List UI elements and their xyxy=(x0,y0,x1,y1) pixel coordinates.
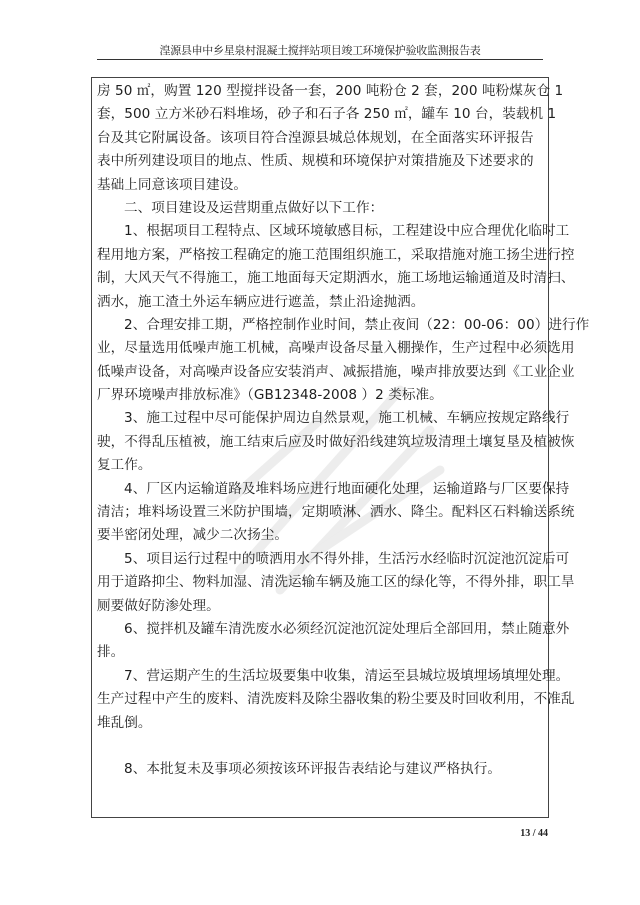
text-line: 要半密闭处理，减少二次扬尘。 xyxy=(97,524,545,547)
list-item-4-start: 4、厂区内运输道路及堆料场应进行地面硬化处理，运输道路与厂区要保持 xyxy=(97,478,545,501)
text-line: 用于道路抑尘、物料加湿、清洗运输车辆及施工区的绿化等，不得外排，职工旱 xyxy=(97,571,545,594)
list-item-6-start: 6、搅拌机及罐车清洗废水必须经沉淀池沉淀处理后全部回用，禁止随意外 xyxy=(97,618,545,641)
text-line: 业，尽量选用低噪声施工机械，高噪声设备尽量入棚操作，生产过程中必须选用 xyxy=(97,337,545,360)
text-line: 低噪声设备，对高噪声设备应安装消声、减振措施，噪声排放要达到《工业企业 xyxy=(97,361,545,384)
text-line: 生产过程中产生的废料、清洗废料及除尘器收集的粉尘要及时回收利用，不准乱 xyxy=(97,688,545,711)
text-line: 程用地方案，严格按工程确定的施工范围组织施工，采取措施对施工扬尘进行控 xyxy=(97,244,545,267)
text-line: 制，大风天气不得施工，施工地面每天定期洒水，施工场地运输通道及时清扫、 xyxy=(97,267,545,290)
text-line: 堆乱倒。 xyxy=(97,712,545,735)
list-item-8: 8、本批复未及事项必须按该环评报告表结论与建议严格执行。 xyxy=(97,758,545,781)
header-divider xyxy=(97,59,543,60)
text-line: 基础上同意该项目建设。 xyxy=(97,174,545,197)
list-item-3-start: 3、施工过程中尽可能保护周边自然景观，施工机械、车辆应按规定路线行 xyxy=(97,407,545,430)
list-item-1-start: 1、根据项目工程特点、区域环境敏感目标，工程建设中应合理优化临时工 xyxy=(97,220,545,243)
text-line: 洒水，施工渣土外运车辆应进行遮盖，禁止沿途抛洒。 xyxy=(97,291,545,314)
page-number: 13 / 44 xyxy=(508,828,548,839)
text-line: 排。 xyxy=(97,641,545,664)
text-line: 厂界环境噪声排放标准》（GB12348-2008 ）2 类标准。 xyxy=(97,384,545,407)
list-item-7-start: 7、营运期产生的生活垃圾要集中收集，清运至县城垃圾填埋场填埋处理。 xyxy=(97,665,545,688)
list-item-2-start: 2、合理安排工期，严格控制作业时间，禁止夜间（22：00-06：00）进行作 xyxy=(97,314,545,337)
page-header-title: 湟源县申中乡星泉村混凝土搅拌站项目竣工环境保护验收监测报告表 xyxy=(97,44,543,59)
text-line: 驶，不得乱压植被，施工结束后应及时做好沿线建筑垃圾清理土壤复垦及植被恢 xyxy=(97,431,545,454)
body-text: 房 50 ㎡，购置 120 型搅拌设备一套，200 吨粉仓 2 套，200 吨粉… xyxy=(97,80,545,782)
text-line: 房 50 ㎡，购置 120 型搅拌设备一套，200 吨粉仓 2 套，200 吨粉… xyxy=(97,80,545,103)
text-line: 表中所列建设项目的地点、性质、规模和环境保护对策措施及下述要求的 xyxy=(97,150,545,173)
text-line: 复工作。 xyxy=(97,454,545,477)
text-line: 套，500 立方米砂石料堆场，砂子和石子各 250 ㎡，罐车 10 台，装载机 … xyxy=(97,103,545,126)
approval-content-box: 房 50 ㎡，购置 120 型搅拌设备一套，200 吨粉仓 2 套，200 吨粉… xyxy=(91,77,549,818)
list-item-5-start: 5、项目运行过程中的喷洒用水不得外排，生活污水经临时沉淀池沉淀后可 xyxy=(97,548,545,571)
text-line: 台及其它附属设备。该项目符合湟源县城总体规划，在全面落实环评报告 xyxy=(97,127,545,150)
section-heading: 二、项目建设及运营期重点做好以下工作： xyxy=(97,197,545,220)
text-line: 厕要做好防渗处理。 xyxy=(97,595,545,618)
blank-line xyxy=(97,735,545,758)
text-line: 清洁；堆料场设置三米防护围墙，定期喷淋、洒水、降尘。配料区石料输送系统 xyxy=(97,501,545,524)
